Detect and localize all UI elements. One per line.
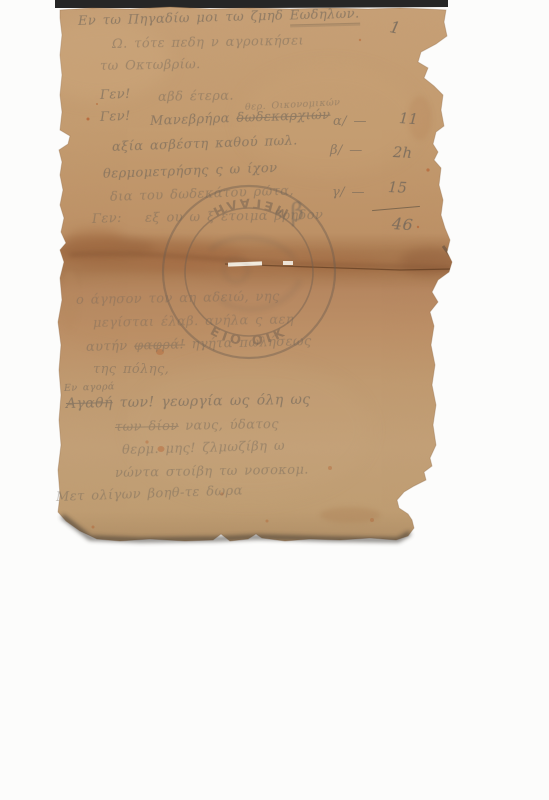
handwriting-line-m7: των δίον ναυς, ύδατος [115,417,279,435]
struck-word: φαφρά! [134,337,185,353]
scanned-document-page: ΕΙΟ ΟΙΚ ΜΕΓΑΛΗ Εν τω Πηγαδίω μοι τω ζμηδ… [0,0,549,800]
underlined-word: Εωδηλων. [290,7,360,26]
struck-word: Αγαθή [66,395,113,412]
ledger-total: 46 [391,214,413,234]
ledger-mark-b: β/ — [330,143,363,158]
gen-text-1: αβδ έτερα. [158,89,234,105]
ledger-mark-c: γ/ — [332,185,365,200]
handwriting-text: Μανεβρήρα [150,111,237,129]
ledger-mark-a: α/ — [333,114,367,129]
handwriting-line-m4: της πόλης, [93,362,169,377]
struck-word: των δίον [115,419,179,435]
handwriting-line-3: τω Οκτωβρίω. [100,57,201,74]
gen-label-3: Γεν: [92,211,122,227]
gen-label-1: Γεν! [100,87,131,103]
handwriting-line-m5: Εν αγορά [64,381,115,394]
handwriting-text: ναυς, ύδατος [179,417,280,434]
gen-label-2: Γεν! [100,109,131,125]
handwriting-text: αυτήν [86,339,134,355]
ledger-value-b: 2h [393,145,413,162]
scanner-edge-strip [55,0,448,8]
ledger-value-a: 11 [398,111,418,128]
ledger-value-c: 15 [388,180,408,197]
